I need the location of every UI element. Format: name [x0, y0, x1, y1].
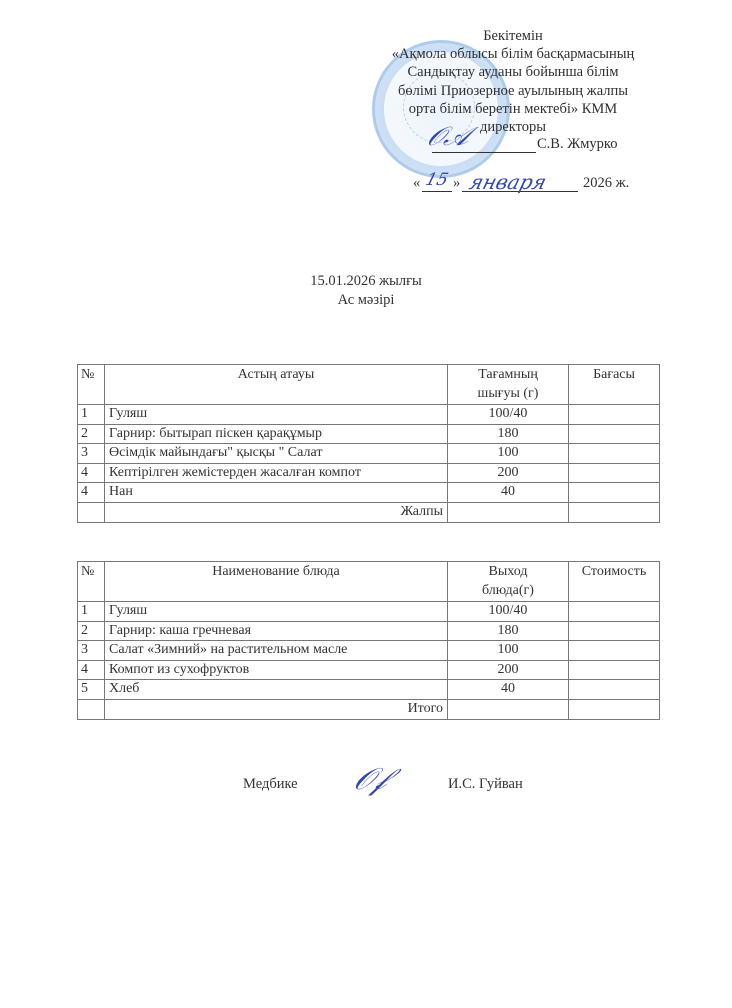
dish-price	[569, 444, 660, 464]
total-label: Жалпы	[105, 502, 448, 522]
dish-name: Компот из сухофруктов	[105, 660, 448, 680]
dish-name: Гарнир: каша гречневая	[105, 621, 448, 641]
dish-price	[569, 660, 660, 680]
table-row: 4Нан40	[78, 483, 660, 503]
table-total-row: Итого	[78, 699, 660, 719]
header-dish-name: Наименование блюда	[105, 562, 448, 602]
date-day-handwritten: 15	[423, 170, 450, 190]
approval-block: Бекітемін «Ақмола облысы білім басқармас…	[360, 27, 666, 136]
dish-yield: 180	[448, 621, 569, 641]
header-yield: Выход блюда(г)	[448, 562, 569, 602]
dish-name: Гуляш	[105, 405, 448, 425]
table-row: 1Гуляш100/40	[78, 602, 660, 622]
row-number: 5	[78, 680, 105, 700]
date-day-line	[422, 191, 452, 192]
total-label: Итого	[105, 699, 448, 719]
table-row: 3Салат «Зимний» на растительном масле100	[78, 641, 660, 661]
dish-yield: 100/40	[448, 405, 569, 425]
dish-price	[569, 463, 660, 483]
dish-yield: 180	[448, 424, 569, 444]
header-yield: Тағамның шығуы (г)	[448, 365, 569, 405]
date-close-quote: »	[453, 175, 460, 192]
menu-table-russian: № Наименование блюда Выход блюда(г) Стои…	[77, 561, 660, 720]
table-row: 5Хлеб40	[78, 680, 660, 700]
table-row: 3Өсімдік майындағы" қысқы " Салат100	[78, 444, 660, 464]
table-total-row: Жалпы	[78, 502, 660, 522]
total-price	[569, 502, 660, 522]
approval-line: директоры	[360, 118, 666, 136]
header-yield-line1: Выход	[452, 562, 564, 581]
total-number-cell	[78, 699, 105, 719]
dish-price	[569, 641, 660, 661]
dish-name: Өсімдік майындағы" қысқы " Салат	[105, 444, 448, 464]
dish-yield: 40	[448, 483, 569, 503]
menu-date: 15.01.2026 жылғы	[0, 272, 732, 291]
dish-yield: 200	[448, 463, 569, 483]
approval-line: Сандықтау ауданы бойынша білім	[360, 63, 666, 81]
header-yield-line2: блюда(г)	[452, 581, 564, 600]
header-number: №	[78, 562, 105, 602]
dish-name: Гарнир: бытырап піскен қарақұмыр	[105, 424, 448, 444]
date-month-handwritten: января	[467, 170, 549, 194]
dish-price	[569, 680, 660, 700]
dish-yield: 200	[448, 660, 569, 680]
menu-title-block: 15.01.2026 жылғы Ас мәзірі	[0, 272, 732, 310]
total-yield	[448, 502, 569, 522]
dish-yield: 100	[448, 444, 569, 464]
table-row: 2Гарнир: бытырап піскен қарақұмыр180	[78, 424, 660, 444]
table-row: 2Гарнир: каша гречневая180	[78, 621, 660, 641]
table-row: 4Компот из сухофруктов200	[78, 660, 660, 680]
dish-price	[569, 424, 660, 444]
total-price	[569, 699, 660, 719]
row-number: 4	[78, 463, 105, 483]
table-row: 4Кептірілген жемістерден жасалған компот…	[78, 463, 660, 483]
total-number-cell	[78, 502, 105, 522]
header-number: №	[78, 365, 105, 405]
nurse-signature: 𝒪𝒻	[350, 762, 392, 797]
approval-line: орта білім беретін мектебі» КММ	[360, 100, 666, 118]
dish-price	[569, 621, 660, 641]
menu-table-kazakh: № Астың атауы Тағамның шығуы (г) Бағасы …	[77, 364, 660, 523]
dish-name: Кептірілген жемістерден жасалған компот	[105, 463, 448, 483]
row-number: 3	[78, 641, 105, 661]
header-yield-line1: Тағамның	[452, 365, 564, 384]
row-number: 2	[78, 424, 105, 444]
date-year: 2026 ж.	[583, 175, 629, 192]
row-number: 3	[78, 444, 105, 464]
table-row: 1Гуляш100/40	[78, 405, 660, 425]
dish-yield: 40	[448, 680, 569, 700]
approval-line: бөлімі Приозерное ауылының жалпы	[360, 82, 666, 100]
dish-price	[569, 405, 660, 425]
dish-name: Хлеб	[105, 680, 448, 700]
dish-yield: 100	[448, 641, 569, 661]
dish-name: Гуляш	[105, 602, 448, 622]
row-number: 4	[78, 660, 105, 680]
dish-name: Салат «Зимний» на растительном масле	[105, 641, 448, 661]
table-header-row: № Астың атауы Тағамның шығуы (г) Бағасы	[78, 365, 660, 405]
row-number: 2	[78, 621, 105, 641]
director-signature: 𝒪𝒜	[424, 122, 473, 153]
row-number: 1	[78, 405, 105, 425]
director-name: С.В. Жмурко	[537, 136, 617, 153]
approval-line: «Ақмола облысы білім басқармасының	[360, 45, 666, 63]
menu-heading: Ас мәзірі	[0, 291, 732, 310]
total-yield	[448, 699, 569, 719]
row-number: 1	[78, 602, 105, 622]
footer-role: Медбике	[243, 776, 298, 793]
dish-price	[569, 483, 660, 503]
row-number: 4	[78, 483, 105, 503]
approval-line: Бекітемін	[360, 27, 666, 45]
dish-yield: 100/40	[448, 602, 569, 622]
dish-name: Нан	[105, 483, 448, 503]
header-dish-name: Астың атауы	[105, 365, 448, 405]
table-header-row: № Наименование блюда Выход блюда(г) Стои…	[78, 562, 660, 602]
header-price: Бағасы	[569, 365, 660, 405]
header-price: Стоимость	[569, 562, 660, 602]
footer-name: И.С. Гуйван	[448, 776, 523, 793]
header-yield-line2: шығуы (г)	[452, 384, 564, 403]
dish-price	[569, 602, 660, 622]
date-open-quote: «	[413, 175, 420, 192]
